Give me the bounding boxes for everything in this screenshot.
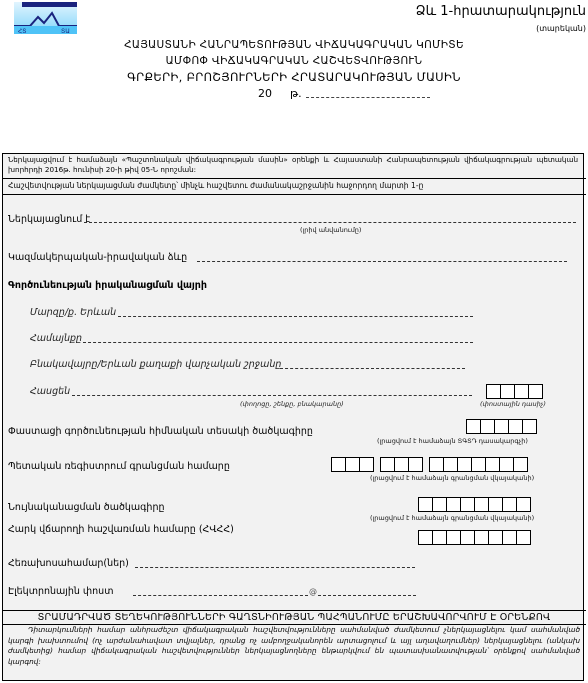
digit-cell[interactable] [443,457,458,472]
taxpayer-number-cells[interactable] [418,530,531,545]
region-label: Մարզը/ք. Երևան [30,307,116,318]
digit-cell[interactable] [345,457,360,472]
digit-cell[interactable] [460,497,475,512]
address-hint: (փողոցը, շենքը, բնակարանը) [240,400,344,408]
year-date-field[interactable] [306,97,430,98]
activity-code-cells[interactable] [466,419,537,434]
digit-cell[interactable] [516,497,531,512]
digit-cell[interactable] [474,497,489,512]
activity-code-hint: (լրացվում է համաձայն ՏԳՏԴ դասակարգչի) [377,437,528,445]
registry-number-hint: (լրացվում է համաձայն գրանցման վկայականի) [370,474,534,482]
address-label: Հասցեն [30,386,70,397]
digit-cell[interactable] [466,419,481,434]
digit-cell[interactable] [331,457,346,472]
digit-cell[interactable] [522,419,537,434]
phone-field[interactable] [135,567,415,568]
digit-cell[interactable] [514,384,529,399]
divider [2,178,586,179]
identification-code-cells[interactable] [418,497,531,512]
digit-cell[interactable] [432,497,447,512]
digit-cell[interactable] [480,419,495,434]
digit-cell[interactable] [457,457,472,472]
digit-cell[interactable] [508,419,523,434]
digit-cell[interactable] [502,530,517,545]
digit-cell[interactable] [516,530,531,545]
form-box [2,153,584,681]
digit-cell[interactable] [418,530,433,545]
registry-number-cells[interactable] [331,457,528,472]
liability-notice: Դիտարկումների համար անհրաժեշտ վիճակագրակ… [8,625,580,667]
svg-text:ՏԱ: ՏԱ [61,28,70,34]
region-field[interactable] [118,316,473,317]
digit-cell[interactable] [485,457,500,472]
phone-label: Հեռախոսահամար(ներ) [8,558,129,569]
confidentiality-title: ՏՐԱՄԱԴՐՎԱԾ ՏԵՂԵԿՈՒԹՅՈՒՆՆԵՐԻ ԳԱՂՏՆԻՈՒԹՅԱՆ… [0,612,588,623]
digit-cell[interactable] [528,384,543,399]
digit-cell[interactable] [488,497,503,512]
form-period: (տարեկան) [536,24,586,33]
email-at-sign: @ [309,587,317,596]
identification-code-hint: (լրացվում է համաձայն գրանցման վկայականի) [370,514,534,522]
digit-cell[interactable] [359,457,374,472]
digit-cell[interactable] [513,457,528,472]
settlement-field[interactable] [280,368,465,369]
divider [2,194,586,195]
digit-cell[interactable] [502,497,517,512]
year-suffix: թ. [290,87,302,100]
digit-cell[interactable] [474,530,489,545]
community-label: Համայնքը [30,333,82,344]
statistics-committee-logo-icon: ՀՏ ՏԱ [14,2,77,34]
digit-cell[interactable] [432,530,447,545]
digit-cell[interactable] [486,384,501,399]
settlement-label: Բնակավայրը/Երևան քաղաքի վարչական շրջանը [30,359,281,370]
email-label: Էլեկտրոնային փոստ [8,586,113,597]
postal-hint: (փոստային դասիչ) [480,400,546,408]
deadline-text: Հաշվետվության ներկայացման ժամկետը՝ մինչև… [8,181,423,190]
year-prefix: 20 [258,87,272,100]
registry-number-label: Պետական ռեգիստրում գրանցման համարը [8,461,230,472]
location-heading: Գործունեության իրականացման վայրի [8,280,207,291]
digit-cell[interactable] [488,530,503,545]
report-year: 20թ. [258,87,430,100]
submitter-field[interactable] [84,222,576,223]
legal-form-field[interactable] [197,261,567,262]
digit-cell[interactable] [429,457,444,472]
report-title: ԳՐՔԵՐԻ, ԲՐՈՇՅՈՒՐՆԵՐԻ ՀՐԱՏԱՐԱԿՈՒԹՅԱՆ ՄԱՍԻ… [0,70,588,84]
digit-cell[interactable] [446,530,461,545]
digit-cell[interactable] [460,530,475,545]
digit-cell[interactable] [471,457,486,472]
cell-group[interactable] [429,457,528,472]
digit-cell[interactable] [499,457,514,472]
identification-code-label: Նույնականացման ծածկագիրը [8,502,164,513]
email-domain-field[interactable] [318,595,416,596]
digit-cell[interactable] [418,497,433,512]
divider [2,610,586,611]
digit-cell[interactable] [446,497,461,512]
legal-basis-text: Ներկայացվում է համաձայն «Պաշտոնական վիճա… [3,154,583,176]
community-field[interactable] [83,342,473,343]
cell-group[interactable] [331,457,374,472]
legal-form-label: Կազմակերպական-իրավական ձևը [8,252,187,263]
activity-code-label: Փաստացի գործունեության հիմնական տեսակի ծ… [8,426,313,437]
form-code: Ձև 1-հրատարակություն [416,4,586,19]
digit-cell[interactable] [500,384,515,399]
report-type: ԱՄՓՈՓ ՎԻՃԱԿԱԳՐԱԿԱՆ ՀԱՇՎԵՏՎՈՒԹՅՈՒՆ [0,55,588,67]
cell-group[interactable] [380,457,423,472]
digit-cell[interactable] [380,457,395,472]
taxpayer-number-label: Հարկ վճարողի հաշվառման համարը (ՀՎՀՀ) [8,524,234,535]
postal-code-cells[interactable] [486,384,543,399]
digit-cell[interactable] [408,457,423,472]
org-name: ՀԱՅԱՍՏԱՆԻ ՀԱՆՐԱՊԵՏՈՒԹՅԱՆ ՎԻՃԱԿԱԳՐԱԿԱՆ ԿՈ… [0,39,588,51]
svg-text:ՀՏ: ՀՏ [18,28,27,34]
submitter-hint: (լրիվ անվանումը) [300,226,361,234]
digit-cell[interactable] [494,419,509,434]
email-user-field[interactable] [133,595,308,596]
submitter-label: Ներկայացնում է [8,214,90,225]
address-field[interactable] [72,395,472,396]
digit-cell[interactable] [394,457,409,472]
